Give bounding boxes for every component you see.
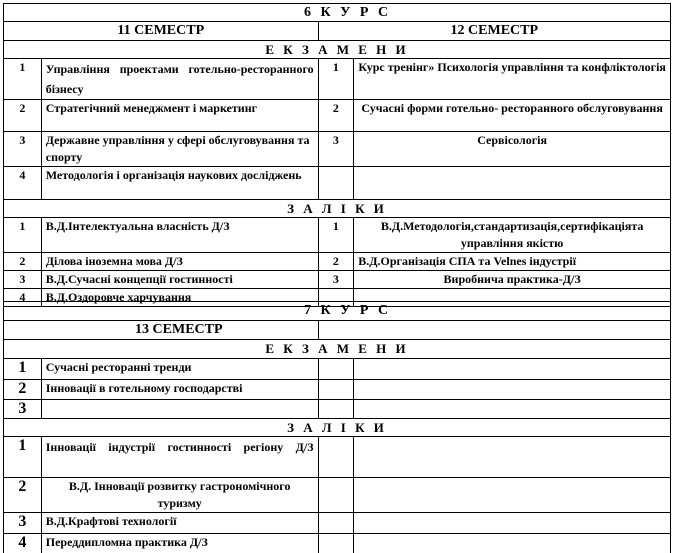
row-number: 4 <box>4 534 42 553</box>
table-row: 2 Інновації в готельному господарстві <box>4 380 671 400</box>
subject-cell: В.Д.Інтелектуальна власність Д/З <box>41 218 318 253</box>
table-row: 1 Інновації індустрії гостинності регіон… <box>4 437 671 478</box>
semester-right-header <box>318 321 670 340</box>
subject-cell: Інновації в готельному господарстві <box>41 380 318 400</box>
subject-cell: Сучасні ресторанні тренди <box>41 359 318 380</box>
subject-cell: Переддипломна практика Д/З <box>41 534 318 553</box>
row-number: 1 <box>4 359 42 380</box>
subject-cell <box>41 400 318 419</box>
empty-cell <box>318 513 354 534</box>
empty-cell <box>354 437 671 478</box>
row-number: 3 <box>4 132 42 167</box>
course-title: 7 К У Р С <box>4 302 671 321</box>
empty-cell <box>318 400 354 419</box>
empty-cell <box>318 478 354 513</box>
empty-cell <box>354 478 671 513</box>
row-number: 1 <box>4 59 42 100</box>
course-6-table: 6 К У Р С 11 СЕМЕСТР 12 СЕМЕСТР Е К З А … <box>3 3 671 307</box>
empty-cell <box>318 437 354 478</box>
empty-cell <box>318 380 354 400</box>
row-number: 3 <box>4 271 42 289</box>
table-row: 2 Стратегічний менеджмент і маркетинг 2 … <box>4 100 671 132</box>
exams-section-header: Е К З А М Е Н И <box>4 340 671 359</box>
empty-cell <box>318 534 354 553</box>
subject-cell: Інновації індустрії гостинності регіону … <box>41 437 318 478</box>
table-row: 1 Сучасні ресторанні тренди <box>4 359 671 380</box>
subject-cell: В.Д.Сучасні концепції гостинності <box>41 271 318 289</box>
subject-cell: Управління проектами готельно-ресторанно… <box>41 59 318 100</box>
semester-13-header: 13 СЕМЕСТР <box>4 321 319 340</box>
row-number: 3 <box>4 513 42 534</box>
table-row: 3 <box>4 400 671 419</box>
row-number: 3 <box>318 271 354 289</box>
empty-cell <box>354 534 671 553</box>
subject-cell: Стратегічний менеджмент і маркетинг <box>41 100 318 132</box>
table-row: 3 В.Д.Сучасні концепції гостинності 3 Ви… <box>4 271 671 289</box>
subject-cell: В.Д.Організація СПА та Velnes індустрії <box>354 253 671 271</box>
row-number: 2 <box>4 100 42 132</box>
subject-cell: Сучасні форми готельно- ресторанного обс… <box>354 100 671 132</box>
subject-cell: Курс тренінг» Психологія управління та к… <box>354 59 671 100</box>
subject-cell: Методологія і організація наукових дослі… <box>41 167 318 200</box>
row-number: 2 <box>4 380 42 400</box>
row-number: 2 <box>318 253 354 271</box>
semester-12-header: 12 СЕМЕСТР <box>318 22 670 41</box>
subject-cell: Сервісологія <box>354 132 671 167</box>
exams-section-header: Е К З А М Е Н И <box>4 41 671 59</box>
empty-cell <box>318 359 354 380</box>
empty-cell <box>354 400 671 419</box>
empty-cell <box>354 513 671 534</box>
table-row: 2 Ділова іноземна мова Д/З 2 В.Д.Організ… <box>4 253 671 271</box>
semester-11-header: 11 СЕМЕСТР <box>4 22 319 41</box>
row-number: 1 <box>4 437 42 478</box>
subject-cell: Ділова іноземна мова Д/З <box>41 253 318 271</box>
table-row: 2 В.Д. Інновації розвитку гастрономічног… <box>4 478 671 513</box>
table-row: 3 В.Д.Крафтові технології <box>4 513 671 534</box>
row-number <box>318 167 354 200</box>
row-number: 1 <box>318 218 354 253</box>
empty-cell <box>354 380 671 400</box>
credits-section-header: З А Л І К И <box>4 419 671 437</box>
table-row: 3 Державне управління у сфері обслуговув… <box>4 132 671 167</box>
table-row: 1 В.Д.Інтелектуальна власність Д/З 1 В.Д… <box>4 218 671 253</box>
row-number: 1 <box>4 218 42 253</box>
row-number: 2 <box>4 253 42 271</box>
subject-cell: В.Д.Методологія,стандартизація,сертифіка… <box>354 218 671 253</box>
credits-section-header: З А Л І К И <box>4 200 671 218</box>
table-row: 4 Методологія і організація наукових дос… <box>4 167 671 200</box>
subject-cell: Виробнича практика-Д/З <box>354 271 671 289</box>
row-number: 3 <box>4 400 42 419</box>
subject-cell <box>354 167 671 200</box>
row-number: 2 <box>4 478 42 513</box>
row-number: 2 <box>318 100 354 132</box>
table-row: 1 Управління проектами готельно-ресторан… <box>4 59 671 100</box>
subject-cell: В.Д. Інновації розвитку гастрономічного … <box>41 478 318 513</box>
course-title: 6 К У Р С <box>4 4 671 22</box>
row-number: 1 <box>318 59 354 100</box>
course-7-table: 7 К У Р С 13 СЕМЕСТР Е К З А М Е Н И 1 С… <box>3 301 671 553</box>
empty-cell <box>354 359 671 380</box>
row-number: 4 <box>4 167 42 200</box>
table-row: 4 Переддипломна практика Д/З <box>4 534 671 553</box>
row-number: 3 <box>318 132 354 167</box>
subject-cell: Державне управління у сфері обслуговуван… <box>41 132 318 167</box>
subject-cell: В.Д.Крафтові технології <box>41 513 318 534</box>
